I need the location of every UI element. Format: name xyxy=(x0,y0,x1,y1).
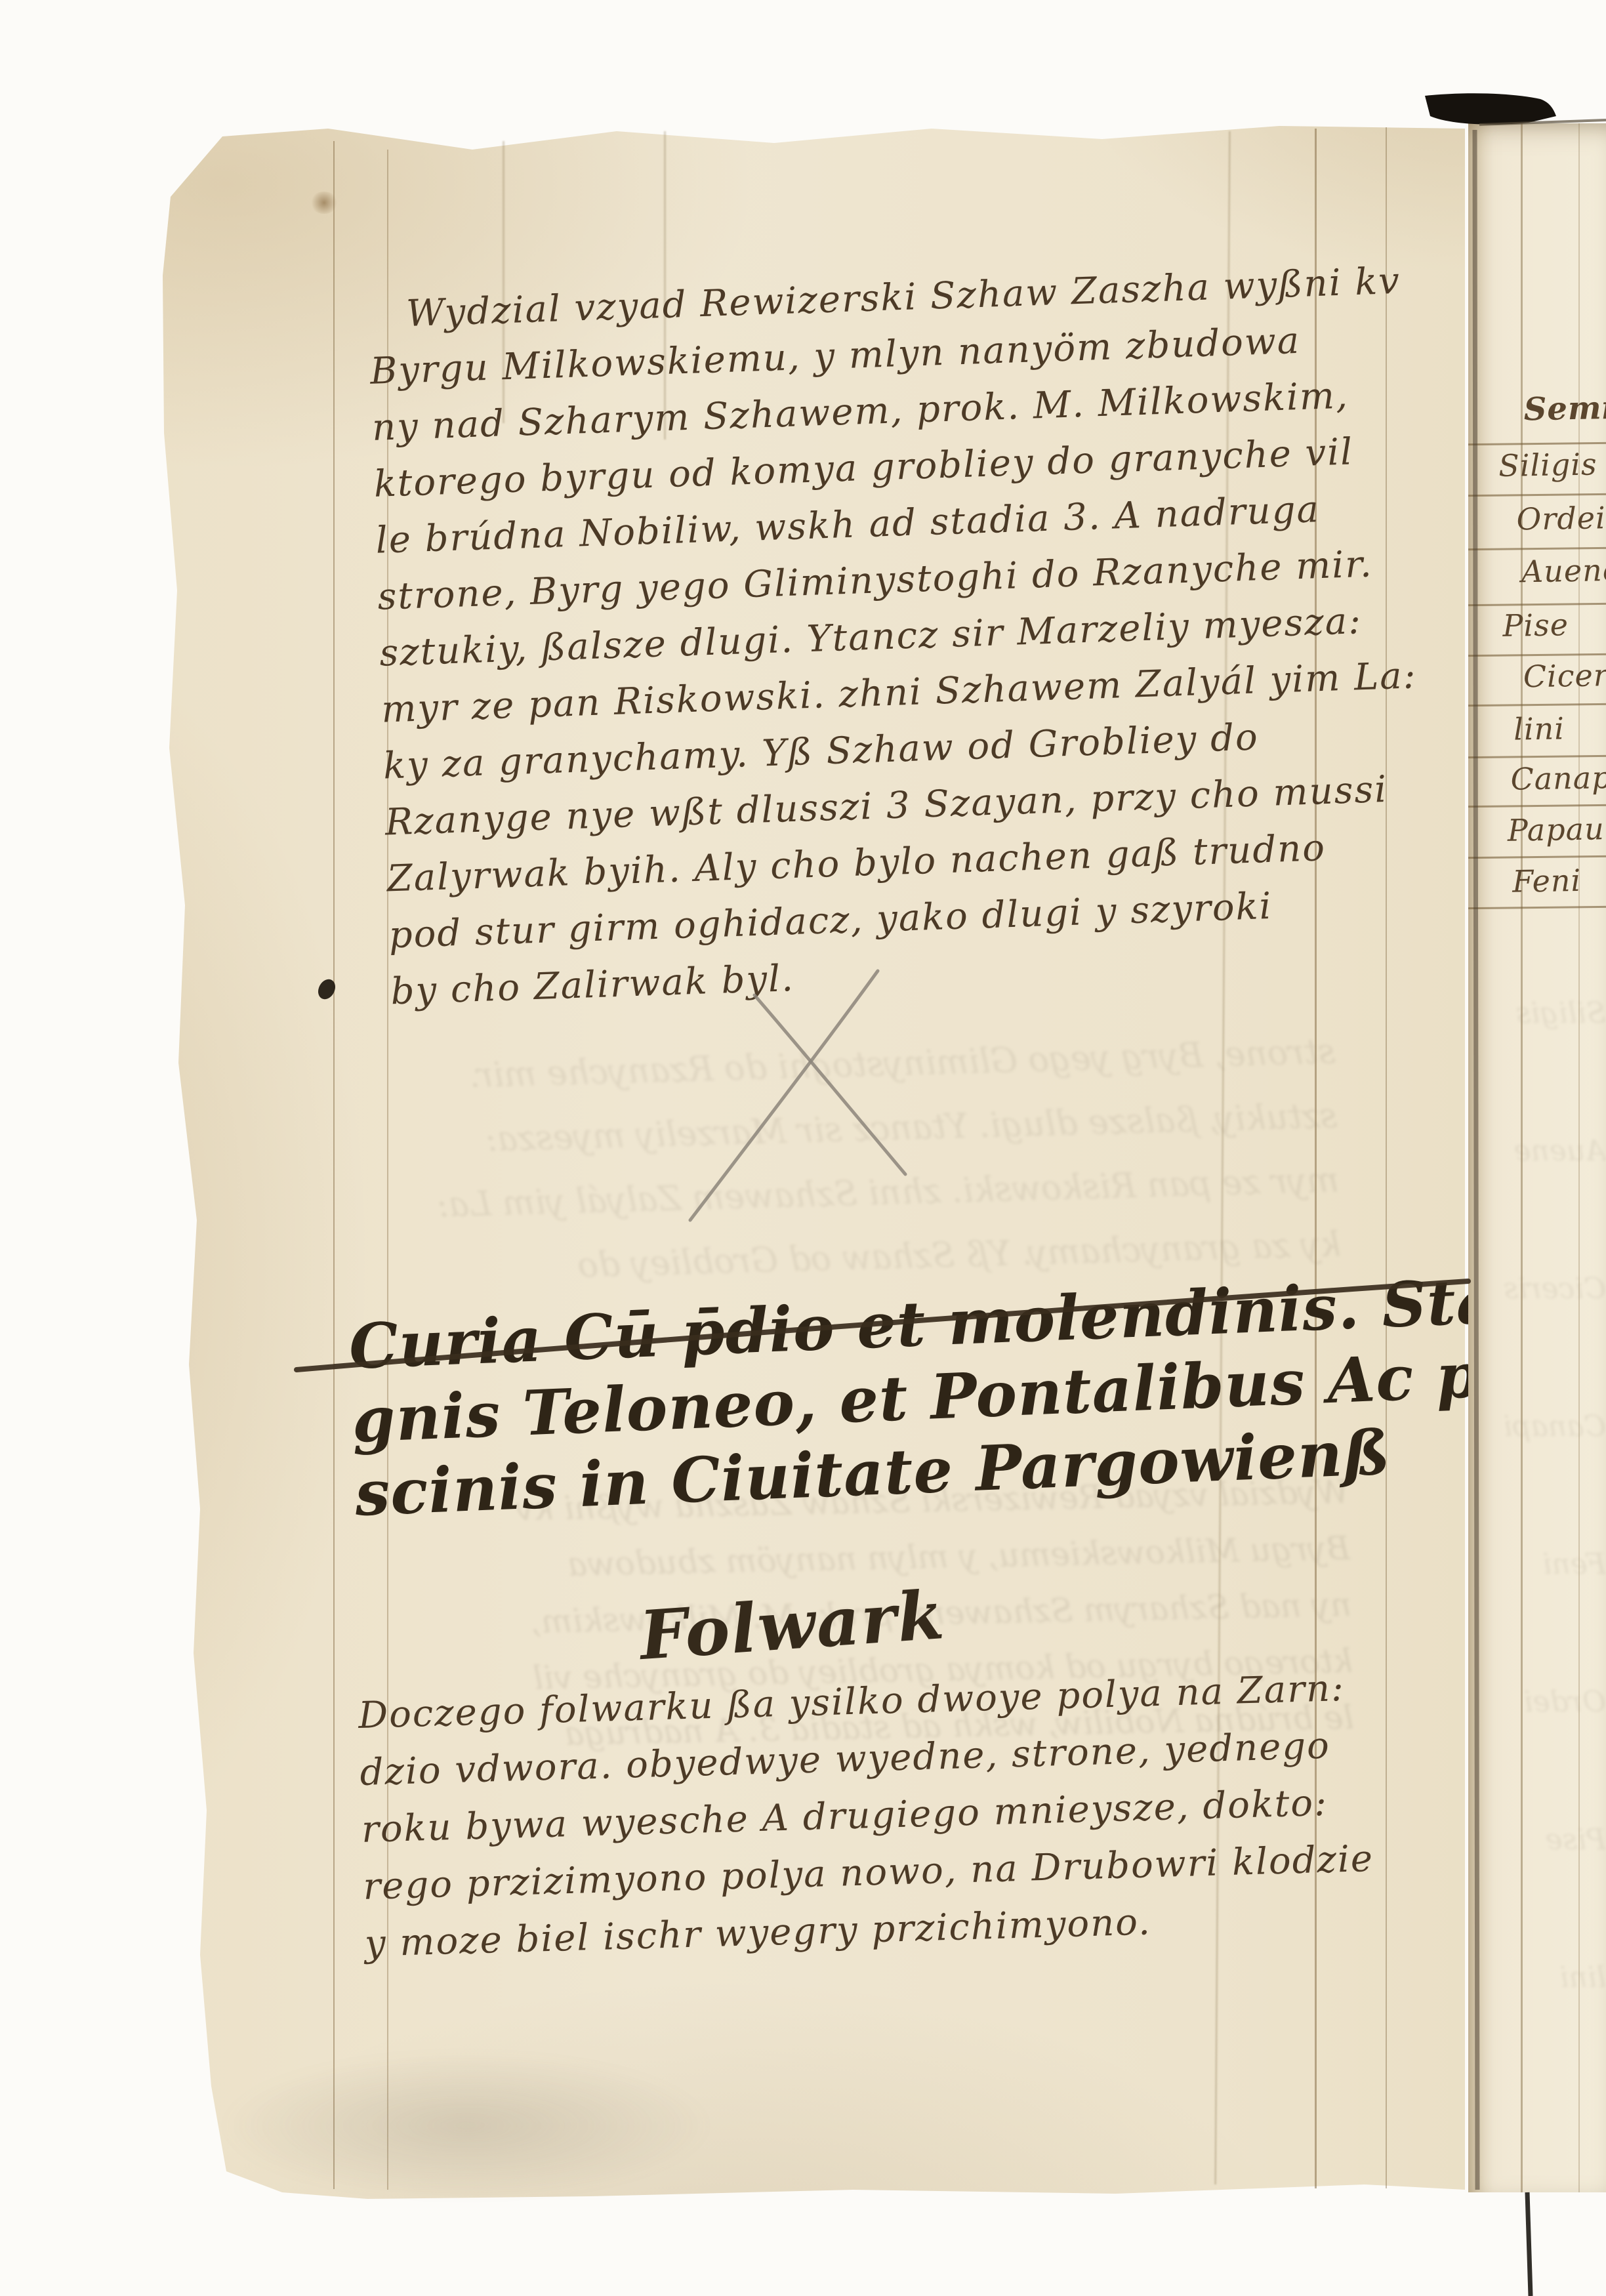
paragraph-folwark: Doczego folwarku ßa ysilko dwoye polya n… xyxy=(358,1659,1376,1973)
table-row-lini: lini xyxy=(1513,710,1565,747)
table-row-auene: Auene xyxy=(1521,552,1606,590)
seed-table: Semin Siligis Ordei Auene Pise Ciceris l… xyxy=(1468,123,1606,945)
table-row-papaui: Papaui xyxy=(1507,811,1606,848)
manuscript-facing-page: Semin Siligis Ordei Auene Pise Ciceris l… xyxy=(1468,123,1606,2192)
table-row-feni: Feni xyxy=(1512,863,1582,899)
table-row-pise: Pise xyxy=(1502,607,1569,644)
table-row-canapi: Canapi xyxy=(1510,760,1606,797)
table-row-ordei: Ordei xyxy=(1516,500,1606,537)
table-row-siligis: Siligis xyxy=(1498,446,1597,483)
binding-strip xyxy=(1425,93,1556,124)
scanned-manuscript-screenshot: { "manuscript": { "paragraph_survey": { … xyxy=(0,0,1606,2296)
left-margin-rule-line-1 xyxy=(333,141,335,2189)
cover-edge-bottom xyxy=(1527,2192,1531,2296)
latin-section-heading: Curia Cū p̄dio et molendinis. Sta: gnis … xyxy=(348,1263,1532,1531)
smudge-bottom-left xyxy=(223,2053,709,2198)
ink-stain-top-left xyxy=(310,192,339,214)
paragraph-pond-survey: Wydzial vzyad Rewizerski Szhaw Zaszha wy… xyxy=(367,253,1427,1021)
table-header-semina: Semin xyxy=(1523,389,1606,428)
table-row-ciceris: Ciceris xyxy=(1523,657,1606,694)
